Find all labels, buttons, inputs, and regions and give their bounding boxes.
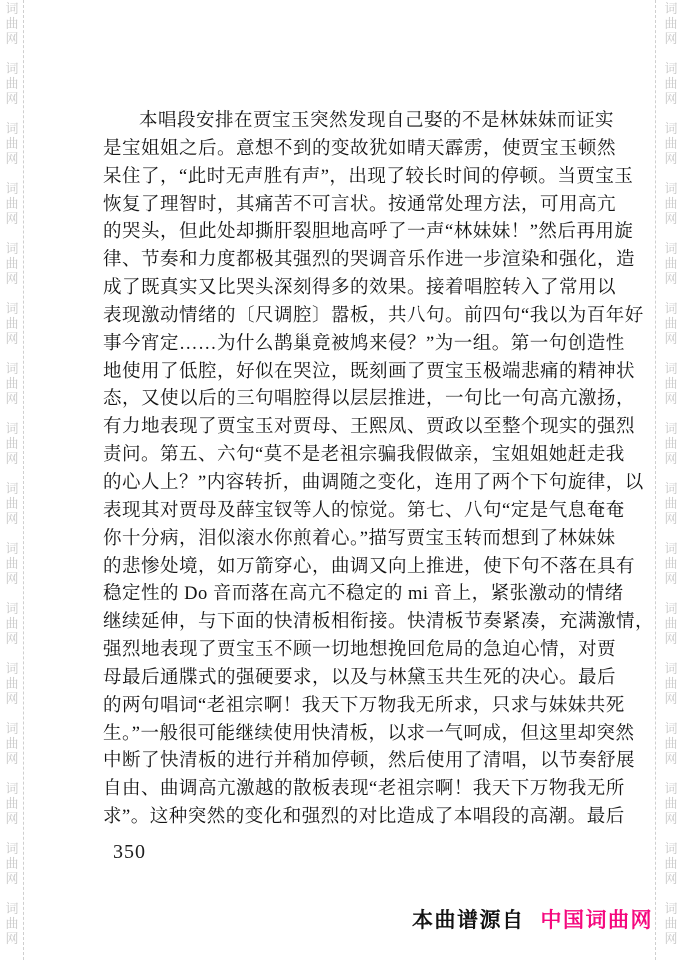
watermark-group: 词曲网 — [664, 481, 677, 526]
watermark-char: 词 — [5, 241, 18, 256]
watermark-char: 网 — [664, 511, 677, 526]
watermark-char: 曲 — [664, 76, 677, 91]
watermark-char: 网 — [664, 451, 677, 466]
watermark-char: 曲 — [5, 916, 18, 931]
text-line: 表现激动情绪的〔尺调腔〕嚣板，共八句。前四句“我以为百年好 — [103, 303, 597, 331]
source-label: 本曲谱源自 — [412, 909, 525, 932]
watermark-char: 词 — [5, 301, 18, 316]
watermark-group: 词曲网 — [5, 601, 18, 646]
watermark-char: 词 — [5, 361, 18, 376]
page-number: 350 — [113, 841, 146, 864]
watermark-char: 网 — [664, 571, 677, 586]
watermark-column-left: 词曲网词曲网词曲网词曲网词曲网词曲网词曲网词曲网词曲网词曲网词曲网词曲网词曲网词… — [4, 1, 20, 960]
watermark-char: 曲 — [5, 736, 18, 751]
watermark-char: 词 — [664, 421, 677, 436]
watermark-group: 词曲网 — [664, 421, 677, 466]
watermark-char: 曲 — [5, 676, 18, 691]
watermark-char: 曲 — [5, 376, 18, 391]
watermark-char: 曲 — [5, 196, 18, 211]
watermark-char: 词 — [5, 421, 18, 436]
watermark-group: 词曲网 — [5, 301, 18, 346]
watermark-char: 网 — [5, 571, 18, 586]
watermark-char: 词 — [5, 181, 18, 196]
watermark-char: 词 — [5, 661, 18, 676]
watermark-char: 曲 — [5, 856, 18, 871]
watermark-char: 词 — [664, 661, 677, 676]
watermark-char: 网 — [664, 691, 677, 706]
watermark-group: 词曲网 — [664, 841, 677, 886]
watermark-char: 曲 — [664, 376, 677, 391]
watermark-char: 曲 — [5, 496, 18, 511]
right-dashed-divider — [655, 0, 656, 960]
text-line: 你十分病，泪似滚水你煎着心。”描写贾宝玉转而想到了林妹妹 — [103, 526, 597, 554]
watermark-group: 词曲网 — [5, 181, 18, 226]
watermark-char: 曲 — [664, 136, 677, 151]
watermark-char: 网 — [5, 931, 18, 946]
paragraph: 本唱段安排在贾宝玉突然发现自己娶的不是林妹妹而证实是宝姐姐之后。意想不到的变故犹… — [103, 108, 597, 832]
watermark-char: 词 — [5, 481, 18, 496]
watermark-char: 词 — [5, 901, 18, 916]
text-line: 态，又使以后的三句唱腔得以层层推进，一句比一句高亢激扬， — [103, 386, 597, 414]
watermark-char: 曲 — [664, 616, 677, 631]
watermark-char: 曲 — [664, 16, 677, 31]
watermark-char: 网 — [5, 511, 18, 526]
watermark-group: 词曲网 — [5, 721, 18, 766]
text-line: 表现其对贾母及薛宝钗等人的惊觉。第七、八句“定是气息奄奄 — [103, 498, 597, 526]
watermark-char: 网 — [5, 331, 18, 346]
watermark-char: 网 — [5, 691, 18, 706]
watermark-char: 网 — [5, 31, 18, 46]
watermark-char: 网 — [5, 391, 18, 406]
watermark-char: 词 — [5, 541, 18, 556]
watermark-char: 曲 — [664, 436, 677, 451]
watermark-char: 词 — [5, 601, 18, 616]
watermark-group: 词曲网 — [664, 61, 677, 106]
watermark-group: 词曲网 — [664, 1, 677, 46]
watermark-group: 词曲网 — [5, 481, 18, 526]
scanned-book-page: 词曲网词曲网词曲网词曲网词曲网词曲网词曲网词曲网词曲网词曲网词曲网词曲网词曲网词… — [0, 0, 680, 960]
text-line: 事今宵定……为什么鹊巢竟被鸠来侵？”为一组。第一句创造性 — [103, 331, 597, 359]
watermark-char: 词 — [664, 541, 677, 556]
watermark-char: 网 — [664, 271, 677, 286]
watermark-char: 词 — [5, 1, 18, 16]
watermark-char: 网 — [5, 631, 18, 646]
watermark-char: 词 — [664, 1, 677, 16]
watermark-group: 词曲网 — [664, 241, 677, 286]
watermark-char: 网 — [5, 211, 18, 226]
watermark-group: 词曲网 — [664, 181, 677, 226]
watermark-char: 曲 — [664, 916, 677, 931]
watermark-char: 词 — [664, 61, 677, 76]
watermark-char: 网 — [5, 811, 18, 826]
watermark-column-right: 词曲网词曲网词曲网词曲网词曲网词曲网词曲网词曲网词曲网词曲网词曲网词曲网词曲网词… — [663, 1, 679, 960]
watermark-char: 词 — [664, 121, 677, 136]
watermark-char: 曲 — [5, 436, 18, 451]
watermark-char: 曲 — [664, 796, 677, 811]
watermark-char: 网 — [664, 931, 677, 946]
watermark-char: 曲 — [664, 256, 677, 271]
text-line: 地使用了低腔，好似在哭泣，既刻画了贾宝玉极端悲痛的精神状 — [103, 359, 597, 387]
watermark-group: 词曲网 — [664, 361, 677, 406]
watermark-group: 词曲网 — [5, 1, 18, 46]
watermark-group: 词曲网 — [5, 841, 18, 886]
watermark-group: 词曲网 — [5, 361, 18, 406]
watermark-char: 词 — [664, 181, 677, 196]
watermark-char: 词 — [5, 61, 18, 76]
watermark-char: 词 — [664, 841, 677, 856]
watermark-char: 网 — [5, 91, 18, 106]
watermark-char: 网 — [5, 751, 18, 766]
text-line: 的哭头，但此处却撕肝裂胆地高呼了一声“林妹妹！”然后再用旋 — [103, 219, 597, 247]
watermark-char: 曲 — [5, 136, 18, 151]
text-line: 成了既真实又比哭头深刻得多的效果。接着唱腔转入了常用以 — [103, 275, 597, 303]
watermark-char: 词 — [5, 721, 18, 736]
text-line: 呆住了，“此时无声胜有声”，出现了较长时间的停顿。当贾宝玉 — [103, 164, 597, 192]
watermark-char: 曲 — [5, 16, 18, 31]
watermark-char: 词 — [664, 241, 677, 256]
watermark-char: 曲 — [664, 556, 677, 571]
watermark-char: 网 — [664, 151, 677, 166]
text-line: 中断了快清板的进行并稍加停顿，然后使用了清唱，以节奏舒展 — [103, 748, 597, 776]
watermark-char: 曲 — [5, 796, 18, 811]
watermark-char: 网 — [664, 751, 677, 766]
watermark-group: 词曲网 — [5, 241, 18, 286]
watermark-char: 网 — [5, 271, 18, 286]
watermark-group: 词曲网 — [5, 421, 18, 466]
watermark-char: 曲 — [5, 316, 18, 331]
watermark-group: 词曲网 — [664, 121, 677, 166]
watermark-group: 词曲网 — [664, 901, 677, 946]
watermark-char: 词 — [664, 301, 677, 316]
left-dashed-divider — [23, 0, 24, 960]
watermark-char: 词 — [5, 841, 18, 856]
watermark-char: 词 — [664, 901, 677, 916]
watermark-group: 词曲网 — [5, 541, 18, 586]
watermark-char: 曲 — [5, 256, 18, 271]
text-line: 是宝姐姐之后。意想不到的变故犹如晴天霹雳，使贾宝玉顿然 — [103, 136, 597, 164]
watermark-char: 词 — [5, 781, 18, 796]
text-line: 的两句唱词“老祖宗啊！我天下万物我无所求，只求与妹妹共死 — [103, 693, 597, 721]
watermark-group: 词曲网 — [5, 781, 18, 826]
text-line: 有力地表现了贾宝玉对贾母、王熙凤、贾政以至整个现实的强烈 — [103, 414, 597, 442]
watermark-char: 词 — [664, 601, 677, 616]
watermark-char: 网 — [5, 871, 18, 886]
watermark-group: 词曲网 — [664, 301, 677, 346]
watermark-char: 词 — [664, 721, 677, 736]
watermark-char: 网 — [664, 391, 677, 406]
watermark-char: 网 — [664, 811, 677, 826]
source-brand-name: 中国词曲网 — [541, 909, 654, 932]
text-line: 责问。第五、六句“莫不是老祖宗骗我假做亲，宝姐姐她赶走我 — [103, 442, 597, 470]
text-line: 母最后通牒式的强硬要求，以及与林黛玉共生死的决心。最后 — [103, 665, 597, 693]
text-line: 律、节奏和力度都极其强烈的哭调音乐作进一步渲染和强化，造 — [103, 247, 597, 275]
text-line: 的悲惨处境，如万箭穿心，曲调又向上推进，使下句不落在具有 — [103, 554, 597, 582]
watermark-char: 曲 — [664, 496, 677, 511]
watermark-group: 词曲网 — [664, 601, 677, 646]
watermark-char: 曲 — [664, 316, 677, 331]
watermark-char: 词 — [664, 781, 677, 796]
watermark-char: 网 — [5, 151, 18, 166]
watermark-char: 网 — [664, 631, 677, 646]
watermark-group: 词曲网 — [5, 661, 18, 706]
source-attribution: 本曲谱源自中国词曲网 — [412, 904, 653, 934]
text-line: 强烈地表现了贾宝玉不顾一切地想挽回危局的急迫心情，对贾 — [103, 637, 597, 665]
watermark-group: 词曲网 — [664, 781, 677, 826]
watermark-char: 曲 — [664, 676, 677, 691]
watermark-char: 曲 — [5, 76, 18, 91]
text-line: 求”。这种突然的变化和强烈的对比造成了本唱段的高潮。最后 — [103, 804, 597, 832]
watermark-group: 词曲网 — [5, 121, 18, 166]
watermark-char: 曲 — [664, 196, 677, 211]
text-line: 稳定性的 Do 音而落在高亢不稳定的 mi 音上，紧张激动的情绪 — [103, 581, 597, 609]
watermark-group: 词曲网 — [5, 901, 18, 946]
watermark-char: 网 — [664, 31, 677, 46]
watermark-char: 曲 — [5, 616, 18, 631]
watermark-group: 词曲网 — [664, 721, 677, 766]
watermark-char: 曲 — [5, 556, 18, 571]
text-line: 的心人上？”内容转折，曲调随之变化，连用了两个下句旋律，以 — [103, 470, 597, 498]
text-line: 继续延伸，与下面的快清板相衔接。快清板节奏紧凑，充满激情， — [103, 609, 597, 637]
text-line: 本唱段安排在贾宝玉突然发现自己娶的不是林妹妹而证实 — [103, 108, 597, 136]
watermark-char: 词 — [664, 481, 677, 496]
watermark-char: 网 — [664, 331, 677, 346]
watermark-char: 网 — [664, 211, 677, 226]
watermark-char: 词 — [5, 121, 18, 136]
watermark-char: 网 — [5, 451, 18, 466]
watermark-group: 词曲网 — [5, 61, 18, 106]
watermark-group: 词曲网 — [664, 661, 677, 706]
watermark-char: 曲 — [664, 856, 677, 871]
text-line: 恢复了理智时，其痛苦不可言状。按通常处理方法，可用高亢 — [103, 192, 597, 220]
watermark-char: 词 — [664, 361, 677, 376]
watermark-group: 词曲网 — [664, 541, 677, 586]
text-line: 自由、曲调高亢激越的散板表现“老祖宗啊！我天下万物我无所 — [103, 776, 597, 804]
watermark-char: 曲 — [664, 736, 677, 751]
text-line: 生。”一般很可能继续使用快清板，以求一气呵成，但这里却突然 — [103, 721, 597, 749]
watermark-char: 网 — [664, 91, 677, 106]
watermark-char: 网 — [664, 871, 677, 886]
